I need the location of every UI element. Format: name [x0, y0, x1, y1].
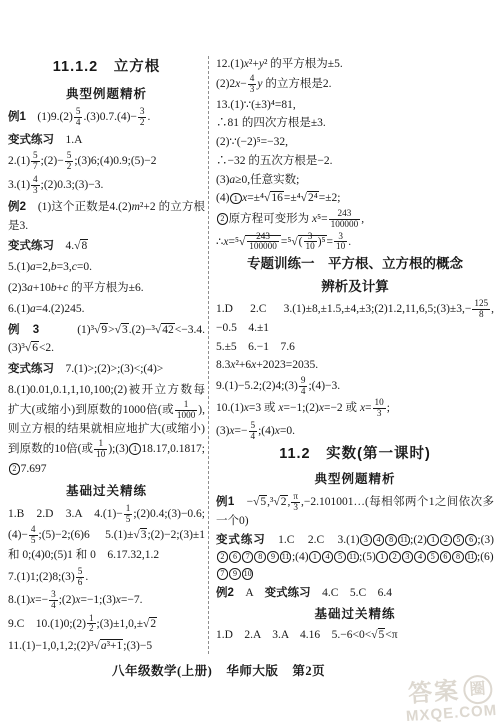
answer-line: 1.B 2.D 3.A 4.(1)−15;(2)0.4;(3)−0.6;(4)−…: [8, 504, 205, 564]
answer-line: (4)1x=±⁴√16=±⁴√2⁴=±2;: [216, 190, 494, 207]
answer-line: 8.(1)0.01,0.1,1,10,100;(2)被开立方数每扩大(或缩小)到…: [8, 381, 205, 478]
answer-line: (2)3a+10b+c 的平方根为±6.: [8, 279, 205, 297]
answer-line: 例1 −√5,³√2,π3,−2.101001…(每相邻两个1之间依次多一个0): [216, 492, 494, 530]
watermark: 答案圈 MXQE.COM: [403, 673, 497, 724]
answer-line: (2)∵(−2)⁵=−32,: [216, 134, 494, 151]
answer-line: 变式练习 4.√8: [8, 237, 205, 255]
answer-line: 8.(1)x=−34;(2)x=−1;(3)x=−7.: [8, 590, 205, 611]
answer-line: 例1 (1)9.(2)54.(3)0.7.(4)−32.: [8, 107, 205, 128]
answer-line: ∴−32 的五次方根是−2.: [216, 153, 494, 170]
section-heading: 11.2 实数(第一课时): [216, 444, 494, 466]
answer-line: 例2 (1)这个正数是4.(2)m²+2 的立方根是3.: [8, 198, 205, 235]
watermark-circle-icon: 圈: [462, 674, 493, 705]
right-column: 12.(1)x²+y² 的平方根为±5.(2)2x−43y 的立方根是2.13.…: [216, 54, 494, 660]
subsection-heading: 典型例题精析: [216, 470, 494, 489]
answer-line: 13.(1)∵(±3)⁴=81,: [216, 97, 494, 114]
section-heading: 11.1.2 立方根: [8, 56, 205, 79]
column-divider: [208, 56, 209, 654]
answer-line: 变式练习 1.C 2.C 3.(1)34811;(2)1256;(3)26789…: [216, 532, 494, 584]
footer-edition: 华师大版: [226, 664, 278, 678]
answer-line: ∴81 的四次方根是±3.: [216, 115, 494, 132]
subsection-heading: 典型例题精析: [8, 84, 205, 104]
answer-line: 5.±5 6.−1 7.6: [216, 339, 494, 356]
answer-line: 11.(1)−1,0,1,2;(2)³√a³+1;(3)−5: [8, 637, 205, 655]
answer-line: 变式练习 1.A: [8, 131, 205, 149]
left-column: 11.1.2 立方根典型例题精析例1 (1)9.(2)54.(3)0.7.(4)…: [8, 54, 208, 660]
footer-book-title: 八年级数学(上册): [112, 664, 212, 678]
answer-line: 1.D 2.A 3.A 4.16 5.−6<0<√5<π: [216, 627, 494, 644]
answer-line: 8.3x²+6x+2023=2035.: [216, 357, 494, 374]
answer-line: 9.C 10.(1)0;(2)12;(3)±1,0,±√2: [8, 614, 205, 635]
answer-line: 9.(1)−5.2;(2)4;(3)94;(4)−3.: [216, 376, 494, 397]
answer-line: 2原方程可变形为 x⁵=243100000,: [216, 209, 494, 230]
answer-line: 10.(1)x=3 或 x=−1;(2)x=−2 或 x=103;: [216, 398, 494, 419]
answer-line: (2)2x−43y 的立方根是2.: [216, 74, 494, 95]
answer-line: (3)x=−54;(4)x=0.: [216, 421, 494, 442]
subsection-heading: 基础过关精练: [216, 605, 494, 624]
page-footer: 八年级数学(上册)华师大版第2页: [112, 661, 339, 679]
answer-line: 5.(1)a=2,b=3,c=0.: [8, 258, 205, 276]
answer-line: (3)a≥0,任意实数;: [216, 172, 494, 189]
watermark-logo-text: 答案: [407, 677, 461, 708]
answer-line: 变式练习 7.(1)>;(2)>;(3)<;(4)>: [8, 360, 205, 378]
answer-line: 1.D 2.C 3.(1)±8,±1.5,±4,±3;(2)1.2,11,6,5…: [216, 299, 494, 337]
answer-line: 3.(1)43;(2)0.3;(3)−3.: [8, 175, 205, 196]
answer-line: 7.(1)1;(2)8;(3)56.: [8, 567, 205, 588]
footer-page-number: 第2页: [292, 664, 325, 678]
subsection-heading: 基础过关精练: [8, 481, 205, 501]
answer-line: 6.(1)a=4.(2)245.: [8, 300, 205, 318]
answer-line: 例2 A 变式练习 4.C 5.C 6.4: [216, 585, 494, 602]
answer-line: 例3 (1)³√9>√3.(2)−³√42<−3.4.(3)³√6<2.: [8, 321, 205, 358]
content-columns: 11.1.2 立方根典型例题精析例1 (1)9.(2)54.(3)0.7.(4)…: [8, 54, 494, 660]
answer-page: 11.1.2 立方根典型例题精析例1 (1)9.(2)54.(3)0.7.(4)…: [0, 0, 500, 724]
answer-line: 2.(1)57;(2)−52;(3)6;(4)0.9;(5)−2: [8, 151, 205, 172]
topic-heading: 辨析及计算: [216, 277, 494, 297]
topic-heading: 专题训练一 平方根、立方根的概念: [216, 254, 494, 274]
answer-line: 12.(1)x²+y² 的平方根为±5.: [216, 56, 494, 73]
answer-line: ∴x=⁵√243100000=⁵√(310)⁵=310.: [216, 232, 494, 253]
